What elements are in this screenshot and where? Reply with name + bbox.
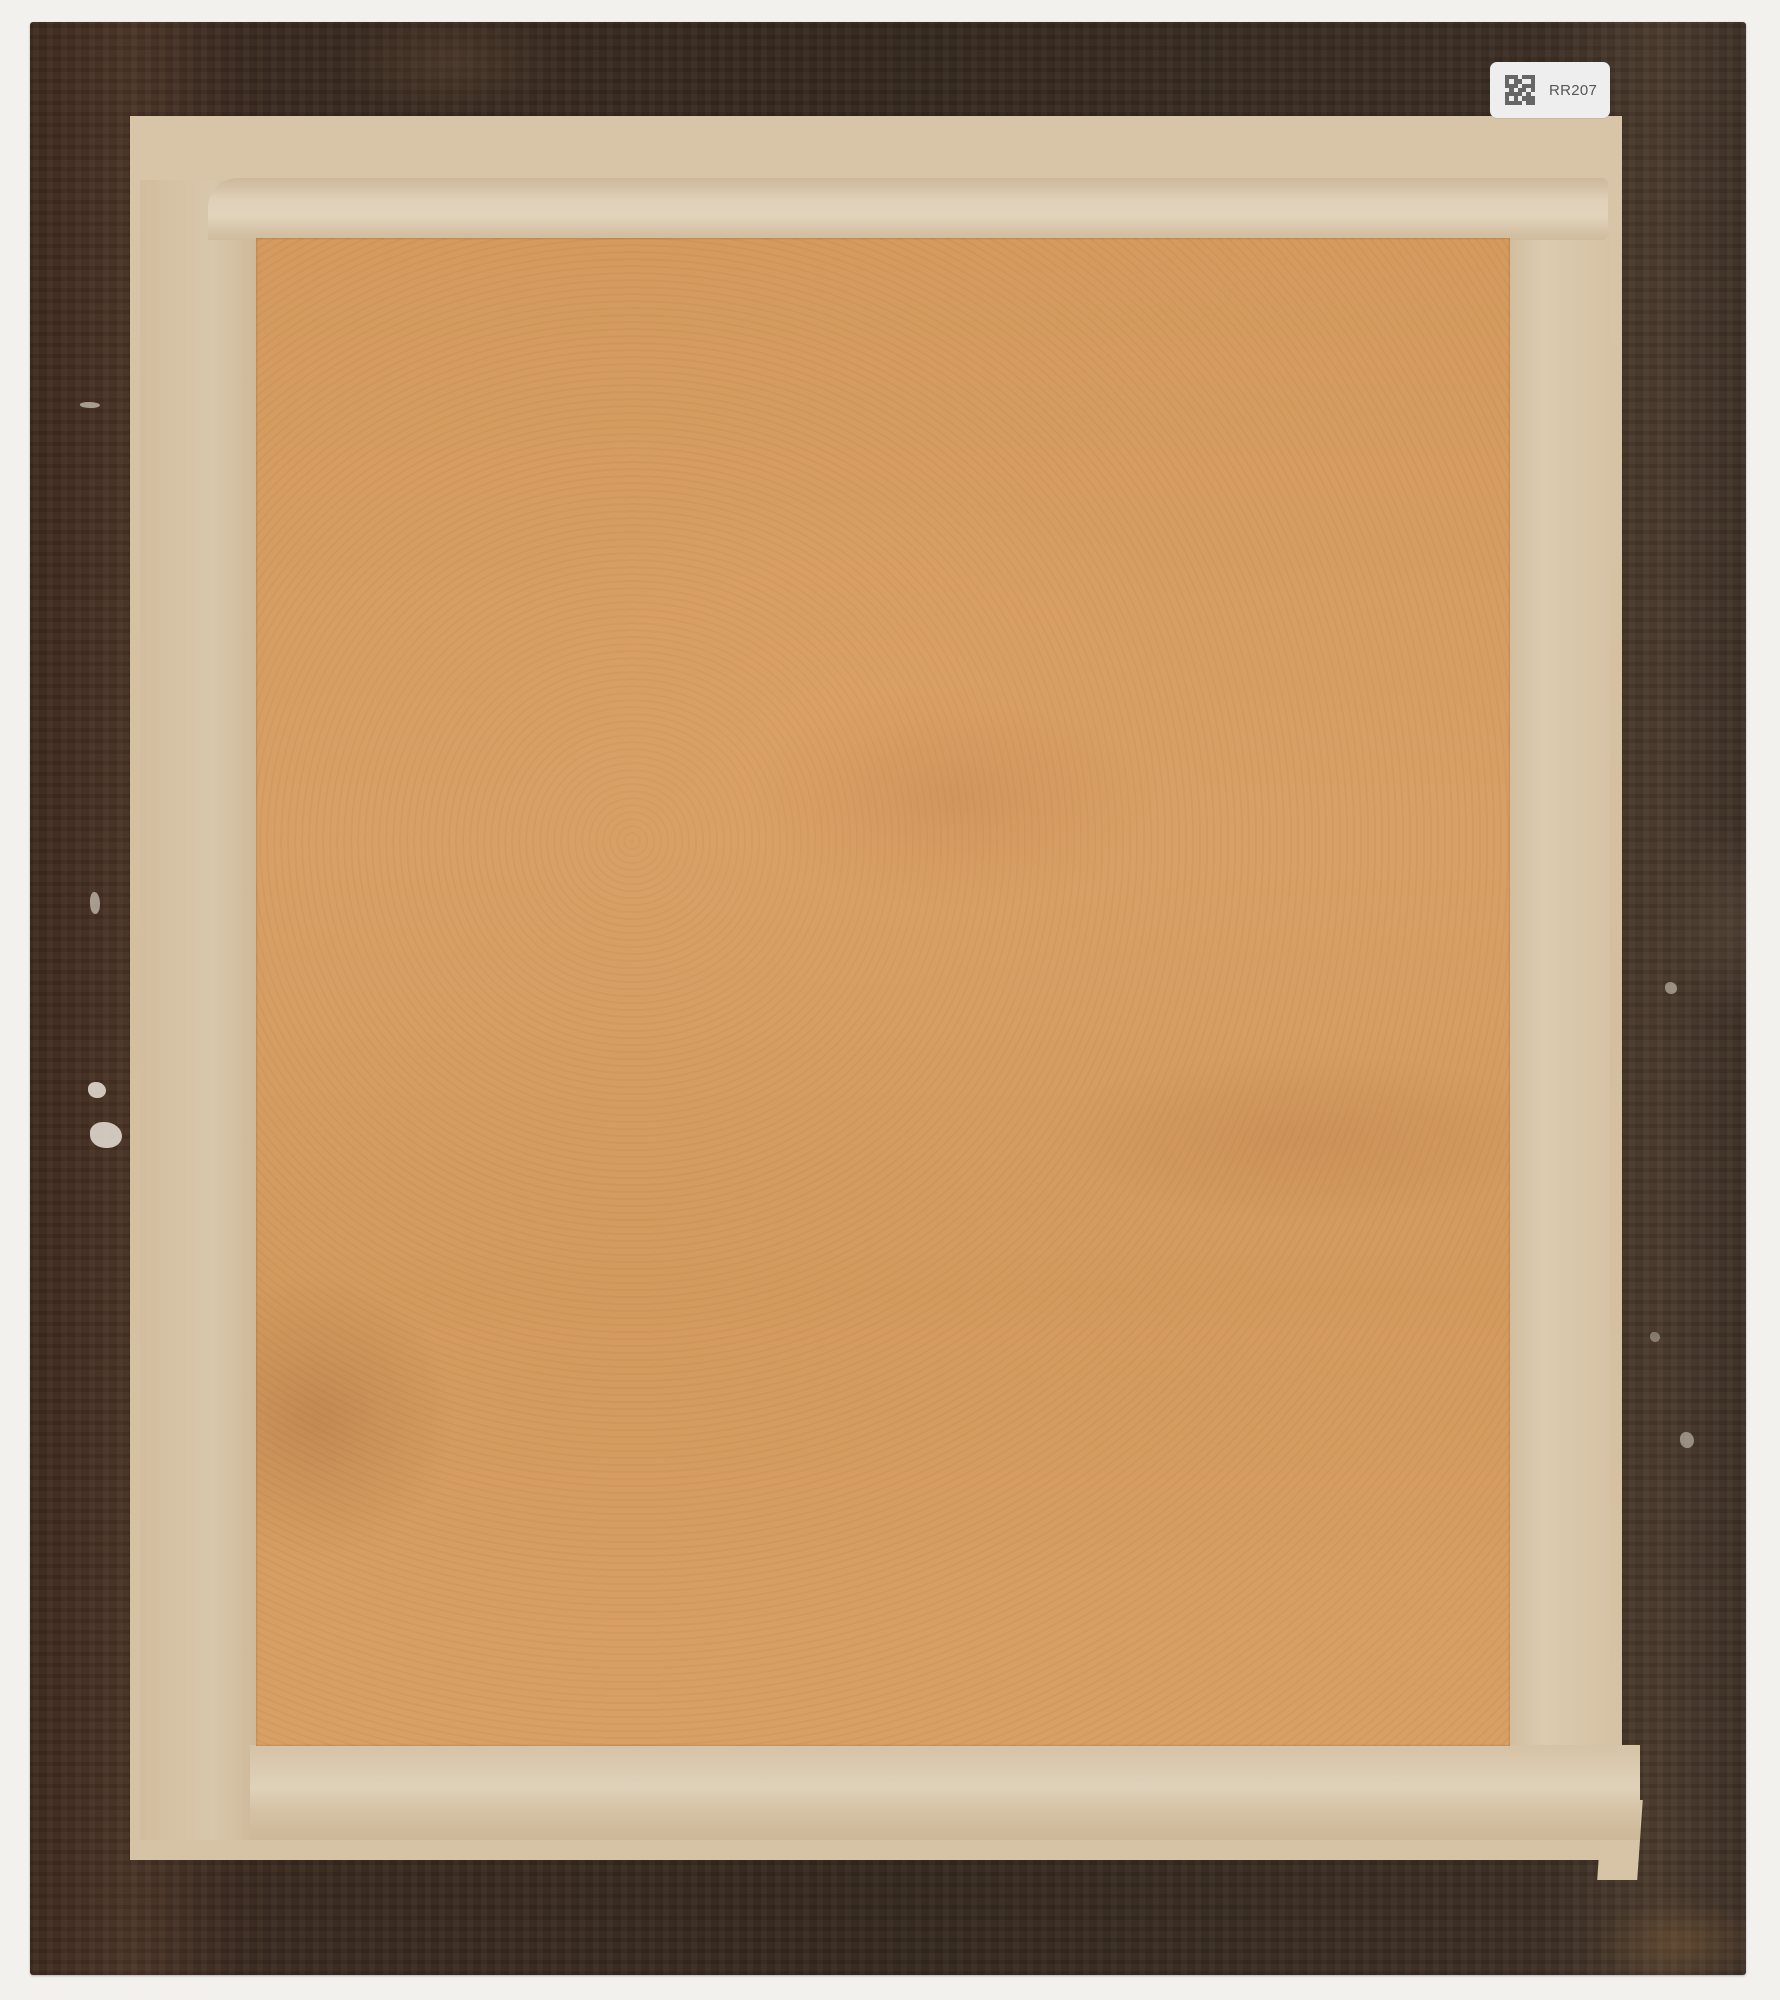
paint-chip (88, 1082, 106, 1098)
kraft-tape-top-fold (208, 178, 1608, 240)
hardboard-backing (256, 238, 1510, 1746)
kraft-tape-right (1500, 230, 1610, 1790)
paint-chip (1665, 982, 1677, 994)
framed-artwork-back: RR207 (0, 0, 1780, 2000)
inventory-label: RR207 (1490, 62, 1610, 118)
paint-chip (1650, 1332, 1660, 1342)
qr-code-icon (1505, 75, 1535, 105)
kraft-tape-left (140, 180, 260, 1840)
inventory-code: RR207 (1549, 82, 1597, 99)
paint-chip (80, 402, 100, 408)
paint-chip (90, 1122, 122, 1148)
paint-chip (1680, 1432, 1694, 1448)
kraft-tape-bottom (250, 1745, 1640, 1840)
paint-chip (90, 892, 100, 914)
